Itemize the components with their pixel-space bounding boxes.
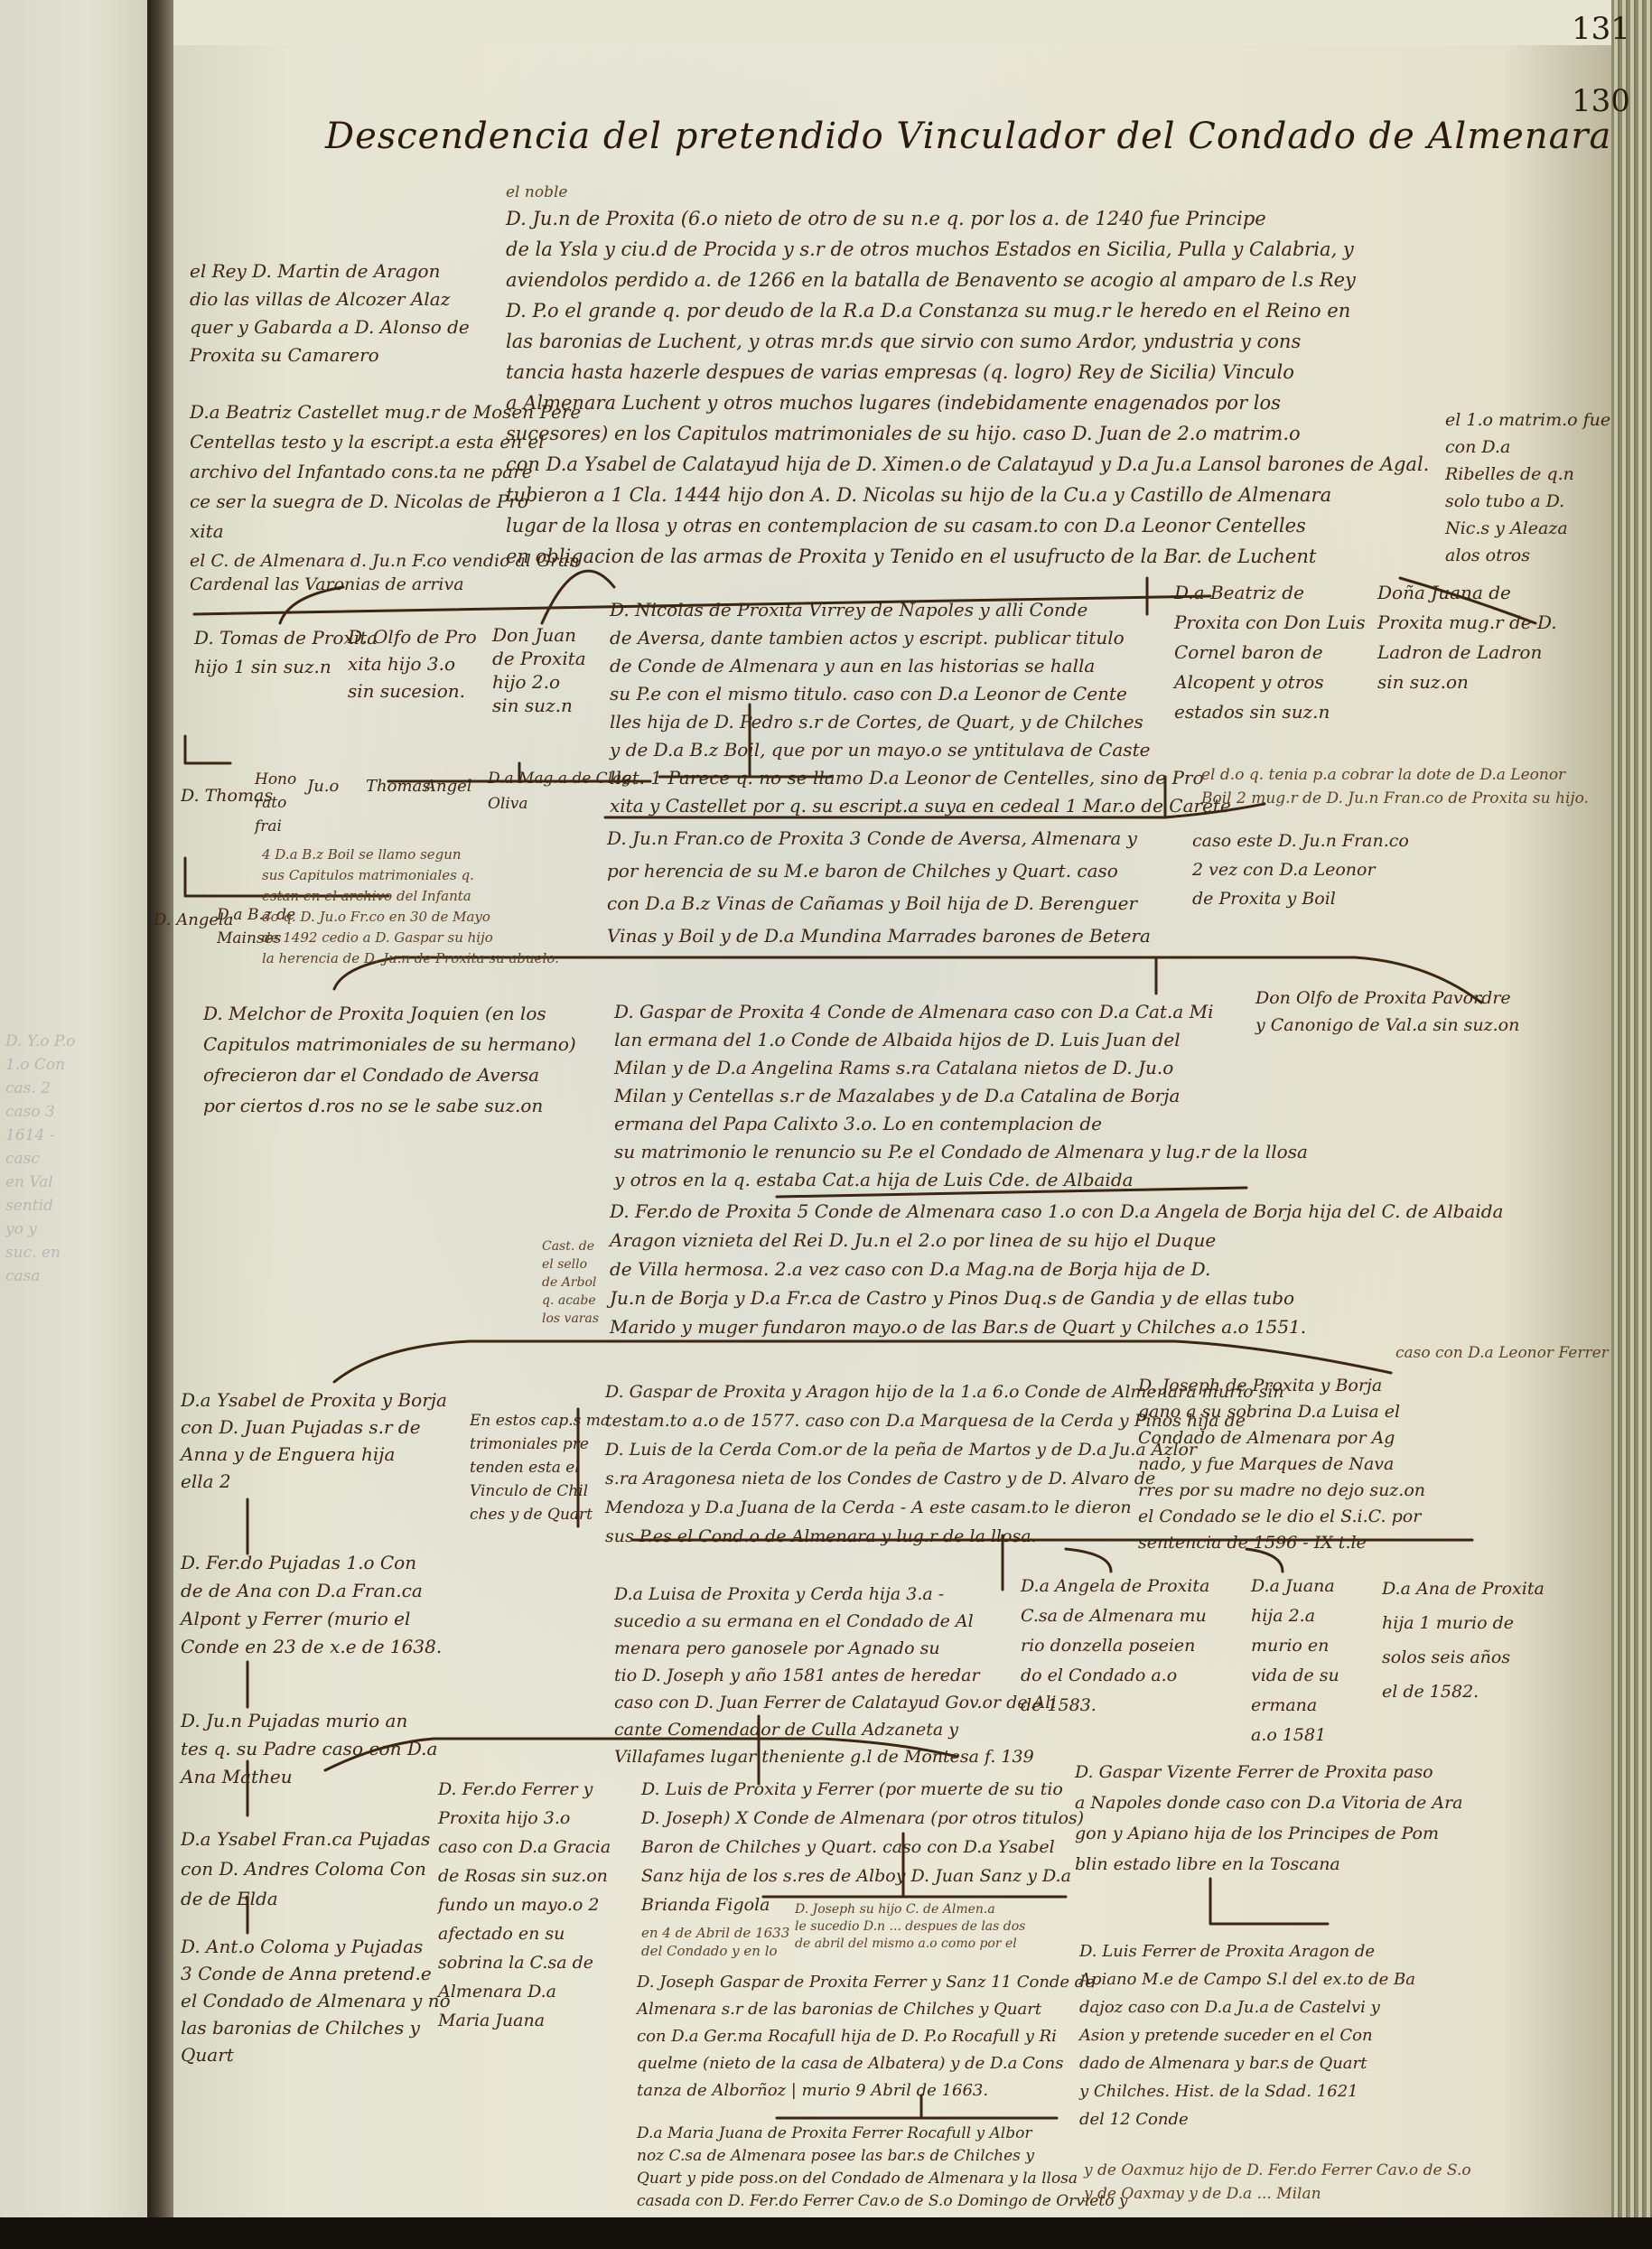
entry-maria-juana: D.a Maria Juana de Proxita Ferrer Rocafu…: [637, 2123, 1127, 2213]
entry-ju: Ju.o: [307, 770, 339, 804]
entry-magdalena: D.a Mag.a de Clag Oliva: [488, 766, 631, 817]
entry-luis-ferrer-aragon: D. Luis Ferrer de Proxita Aragon de Apia…: [1079, 1937, 1415, 2133]
page-title: Descendencia del pretendido Vinculador d…: [325, 116, 1611, 157]
bottom-right-note: y de Oaxmuz hijo de D. Fer.do Ferrer Cav…: [1084, 2159, 1471, 2206]
folio-number: 130: [1572, 83, 1630, 119]
entry-olfo: D. Olfo de Pro xita hijo 3.o sin sucesio…: [348, 623, 477, 705]
entry-gaspar: D. Gaspar de Proxita 4 Conde de Almenara…: [614, 998, 1308, 1194]
bleed-through-text: D. Y.o P.o 1.o Con cas. 2 caso 3 1614 - …: [5, 1030, 76, 1288]
entry-honorato: Hono rato frai: [255, 768, 296, 838]
folio-number-top: 131: [1572, 11, 1630, 47]
entry-ana: D.a Ana de Proxita hija 1 murio de solos…: [1382, 1572, 1545, 1709]
entry-gaspar-vicente: D. Gaspar Vizente Ferrer de Proxita paso…: [1075, 1757, 1462, 1880]
entry-fernando-ferrer: D. Fer.do Ferrer y Proxita hijo 3.o caso…: [438, 1775, 611, 2035]
entry-isabel-francisca: D.a Ysabel Fran.ca Pujadas con D. Andres…: [181, 1824, 430, 1914]
entry-root-right-note: el 1.o matrim.o fue con D.a Ribelles de …: [1445, 406, 1610, 569]
capitulos-note: En estos cap.s ma trimoniales pre tenden…: [470, 1409, 610, 1526]
entry-juan-francisco: D. Ju.n Fran.co de Proxita 3 Conde de Av…: [607, 822, 1151, 952]
entry-fernando: D. Fer.do de Proxita 5 Conde de Almenara…: [610, 1197, 1503, 1341]
entry-joseph-borja: D. Joseph de Proxita y Borja gano a su s…: [1138, 1373, 1425, 1556]
luis-note-left: en 4 de Abril de 1633 del Condado y en l…: [641, 1924, 789, 1960]
entry-isabel-borja: D.a Ysabel de Proxita y Borja con D. Jua…: [181, 1386, 447, 1495]
entry-fernando-pujadas: D. Fer.do Pujadas 1.o Con de de Ana con …: [181, 1549, 442, 1661]
facing-page-left: D. Y.o P.o 1.o Con cas. 2 caso 3 1614 - …: [0, 0, 149, 2226]
entry-joseph-gaspar: D. Joseph Gaspar de Proxita Ferrer y San…: [637, 1969, 1095, 2104]
entry-juana: D.a Juana hija 2.a murio en vida de su e…: [1251, 1572, 1339, 1750]
entry-antonio-coloma: D. Ant.o Coloma y Pujadas 3 Conde de Ann…: [181, 1933, 451, 2068]
entry-nicolas: D. Nicolas de Proxita Virrey de Napoles …: [610, 596, 1231, 820]
luis-note-right: D. Joseph su hijo C. de Almen.a le suced…: [795, 1901, 1025, 1953]
entry-beatriz-proxita: D.a Beatriz de Proxita con Don Luis Corn…: [1174, 578, 1366, 727]
joseph-top-note: caso con D.a Leonor Ferrer: [1395, 1341, 1609, 1365]
entry-juan-pujadas: D. Ju.n Pujadas murio an tes q. su Padre…: [181, 1707, 437, 1791]
scan-background: [0, 2217, 1652, 2249]
entry-melchor: D. Melchor de Proxita Joquien (en los Ca…: [203, 998, 576, 1121]
nicolas-side-note: el d.o q. tenia p.a cobrar la dote de D.…: [1201, 763, 1589, 810]
entry-olfo-pavordre: Don Olfo de Proxita Pavordre y Canonigo …: [1255, 985, 1519, 1039]
entry-angel: Angel: [425, 770, 472, 804]
root-label-above: el noble: [506, 181, 567, 204]
boil-note: 4 D.a B.z Boil se llamo segun sus Capitu…: [262, 845, 559, 969]
entry-luis-proxita-ferrer: D. Luis de Proxita y Ferrer (por muerte …: [641, 1775, 1084, 1919]
entry-thomas-2: Thomas: [366, 770, 430, 804]
entry-juan: Don Juan de Proxita hijo 2.o sin suz.n: [492, 623, 586, 717]
entry-juana-proxita: Doña Juana de Proxita mug.r de D. Ladron…: [1377, 578, 1557, 697]
entry-rey-martin: el Rey D. Martin de Aragon dio las villa…: [190, 257, 470, 369]
entry-angela-condesa: D.a Angela de Proxita C.sa de Almenara m…: [1021, 1572, 1209, 1721]
entry-luisa: D.a Luisa de Proxita y Cerda hija 3.a - …: [614, 1581, 1056, 1770]
entry-second-marriage: caso este D. Ju.n Fran.co 2 vez con D.a …: [1192, 826, 1409, 913]
previous-leaf-strip: [173, 0, 1637, 49]
fernando-margin-note: Cast. de el sello de Arbol q. acabe los …: [542, 1237, 599, 1328]
book-gutter: [147, 0, 176, 2231]
